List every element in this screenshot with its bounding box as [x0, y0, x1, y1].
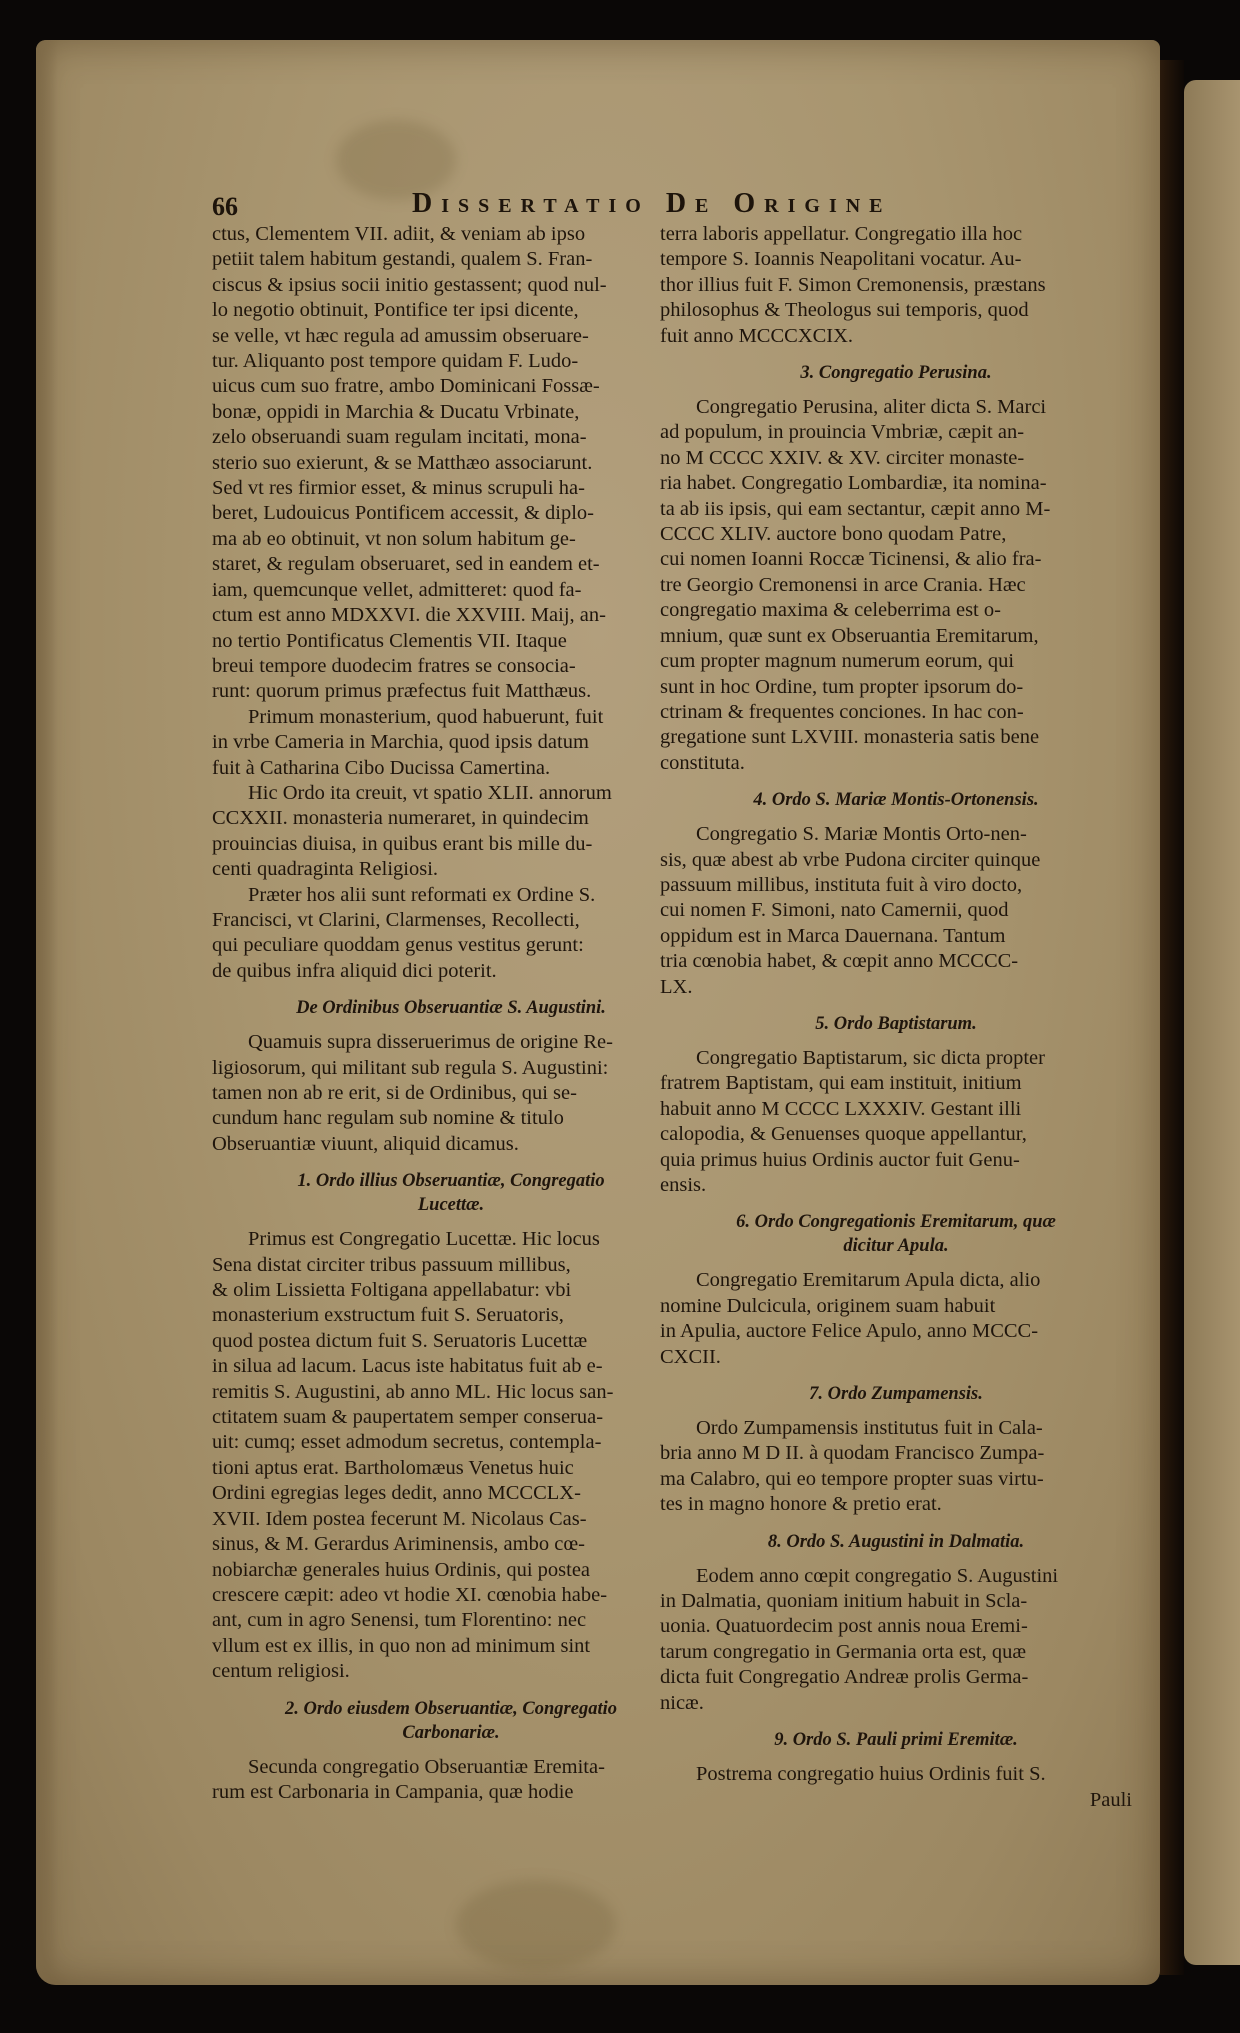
text-line: Eodem anno cœpit congregatio S. Augustin… — [660, 1564, 1132, 1589]
text-line: in vrbe Cameria in Marchia, quod ipsis d… — [212, 730, 690, 755]
text-line: ma Calabro, qui eo tempore propter suas … — [660, 1467, 1132, 1492]
text-line: calopodia, & Genuenses quoque appellantu… — [660, 1122, 1132, 1147]
text-line: Congregatio Perusina, aliter dicta S. Ma… — [660, 395, 1132, 420]
text-line: petiit talem habitum gestandi, qualem S.… — [212, 247, 690, 272]
text-line: Hic Ordo ita creuit, vt spatio XLII. ann… — [212, 781, 690, 806]
text-line: cui nomen Ioanni Roccæ Ticinensi, & alio… — [660, 547, 1132, 572]
text-line: tioni aptus erat. Bartholomæus Venetus h… — [212, 1456, 690, 1481]
text-line: Quamuis supra disseruerimus de origine R… — [212, 1030, 690, 1055]
text-line: cundum hanc regulam sub nomine & titulo — [212, 1106, 690, 1131]
right-column: terra laboris appellatur. Congregatio il… — [660, 222, 1132, 1813]
section-heading-3: 3. Congregatio Perusina. — [660, 361, 1132, 385]
text-line: cui nomen F. Simoni, nato Camernii, quod — [660, 898, 1132, 923]
text-line: Ordini egregias leges dedit, anno MCCCLX… — [212, 1481, 690, 1506]
text-line: ligiosorum, qui militant sub regula S. A… — [212, 1056, 690, 1081]
paragraph: Primum monasterium, quod habuerunt, fuit… — [212, 705, 690, 781]
text-line: tarum congregatio in Germania orta est, … — [660, 1640, 1132, 1665]
text-line: Sed vt res firmior esset, & minus scrupu… — [212, 476, 690, 501]
text-line: Ordo Zumpamensis institutus fuit in Cala… — [660, 1416, 1132, 1441]
text-line: Francisci, vt Clarini, Clarmenses, Recol… — [212, 908, 690, 933]
text-line: bonæ, oppidi in Marchia & Ducatu Vrbinat… — [212, 400, 690, 425]
text-line: Postrema congregatio huius Ordinis fuit … — [660, 1762, 1132, 1787]
text-line: passuum millibus, instituta fuit à viro … — [660, 873, 1132, 898]
heading-line: Lucettæ. — [212, 1193, 690, 1217]
text-line: ctum est anno MDXXVI. die XXVIII. Maij, … — [212, 603, 690, 628]
text-line: vllum est ex illis, in quo non ad minimu… — [212, 1634, 690, 1659]
section-heading-2: 2. Ordo eiusdem Obseruantiæ, Congregatio… — [212, 1697, 690, 1745]
text-line: qui peculiare quoddam genus vestitus ger… — [212, 933, 690, 958]
text-line: Præter hos alii sunt reformati ex Ordine… — [212, 883, 690, 908]
text-line: CXCII. — [660, 1345, 1132, 1370]
text-line: no M CCCC XXIV. & XV. circiter monaste- — [660, 446, 1132, 471]
text-line: staret, & regulam obseruaret, sed in ean… — [212, 552, 690, 577]
page-header: 66 Dissertatio De Origine — [212, 188, 1132, 224]
text-line: tes in magno honore & pretio erat. — [660, 1492, 1132, 1517]
text-line: Primum monasterium, quod habuerunt, fuit — [212, 705, 690, 730]
text-line: tur. Aliquanto post tempore quidam F. Lu… — [212, 349, 690, 374]
text-line: uonia. Quatuordecim post annis noua Erem… — [660, 1614, 1132, 1639]
text-line: quod postea dictum fuit S. Seruatoris Lu… — [212, 1329, 690, 1354]
heading-line: 2. Ordo eiusdem Obseruantiæ, Congregatio — [212, 1697, 690, 1721]
text-line: nobiarchæ generales huius Ordinis, qui p… — [212, 1558, 690, 1583]
text-line: runt: quorum primus præfectus fuit Matth… — [212, 679, 690, 704]
catchword: Pauli — [660, 1788, 1132, 1813]
text-line: XVII. Idem postea fecerunt M. Nicolaus C… — [212, 1507, 690, 1532]
text-line: no tertio Pontificatus Clementis VII. It… — [212, 629, 690, 654]
text-line: fuit à Catharina Cibo Ducissa Camertina. — [212, 756, 690, 781]
text-line: uit: cumq; esset admodum secretus, conte… — [212, 1430, 690, 1455]
text-line: zelo obseruandi suam regulam incitati, m… — [212, 425, 690, 450]
text-line: Congregatio Eremitarum Apula dicta, alio — [660, 1268, 1132, 1293]
text-line: rum est Carbonaria in Campania, quæ hodi… — [212, 1780, 690, 1805]
text-line: sunt in hoc Ordine, tum propter ipsorum … — [660, 675, 1132, 700]
paragraph: Hic Ordo ita creuit, vt spatio XLII. ann… — [212, 781, 690, 883]
text-line: crescere cæpit: adeo vt hodie XI. cœnobi… — [212, 1583, 690, 1608]
text-line: Secunda congregatio Obseruantiæ Eremita- — [212, 1755, 690, 1780]
text-line: centum religiosi. — [212, 1659, 690, 1684]
section-heading-7: 7. Ordo Zumpamensis. — [660, 1382, 1132, 1406]
paragraph: Quamuis supra disseruerimus de origine R… — [212, 1030, 690, 1157]
paragraph: Primus est Congregatio Lucettæ. Hic locu… — [212, 1227, 690, 1684]
text-line: ta ab iis ipsis, qui eam sectantur, cæpi… — [660, 497, 1132, 522]
text-line: de quibus infra aliquid dici poterit. — [212, 959, 690, 984]
text-line: lo negotio obtinuit, Pontifice ter ipsi … — [212, 298, 690, 323]
paragraph: Eodem anno cœpit congregatio S. Augustin… — [660, 1564, 1132, 1716]
text-line: & olim Lissietta Foltigana appellabatur:… — [212, 1278, 690, 1303]
text-line: cum propter magnum numerum eorum, qui — [660, 649, 1132, 674]
text-line: se velle, vt hæc regula ad amussim obser… — [212, 324, 690, 349]
paper-stain — [456, 1880, 616, 1970]
text-line: ma ab eo obtinuit, vt non solum habitum … — [212, 527, 690, 552]
section-heading-6: 6. Ordo Congregationis Eremitarum, quæ d… — [660, 1210, 1132, 1258]
heading-line: Carbonariæ. — [212, 1721, 690, 1745]
paragraph: Ordo Zumpamensis institutus fuit in Cala… — [660, 1416, 1132, 1518]
text-line: ria habet. Congregatio Lombardiæ, ita no… — [660, 471, 1132, 496]
paragraph: Congregatio Perusina, aliter dicta S. Ma… — [660, 395, 1132, 776]
running-title: Dissertatio De Origine — [412, 188, 892, 220]
section-heading-1: 1. Ordo illius Obseruantiæ, Congregatio … — [212, 1169, 690, 1217]
paragraph: Præter hos alii sunt reformati ex Ordine… — [212, 883, 690, 985]
heading-line: dicitur Apula. — [660, 1234, 1132, 1258]
text-line: habuit anno M CCCC LXXXIV. Gestant illi — [660, 1097, 1132, 1122]
paragraph: Congregatio S. Mariæ Montis Orto-nen- si… — [660, 822, 1132, 1000]
text-line: quia primus huius Ordinis auctor fuit Ge… — [660, 1148, 1132, 1173]
text-line: constituta. — [660, 751, 1132, 776]
text-line: fratrem Baptistam, qui eam instituit, in… — [660, 1071, 1132, 1096]
text-line: oppidum est in Marca Dauernana. Tantum — [660, 924, 1132, 949]
text-line: ctitatem suam & paupertatem semper conse… — [212, 1405, 690, 1430]
section-heading: De Ordinibus Obseruantiæ S. Augustini. — [212, 996, 690, 1020]
text-line: Congregatio Baptistarum, sic dicta propt… — [660, 1046, 1132, 1071]
paragraph: ctus, Clementem VII. adiit, & veniam ab … — [212, 222, 690, 705]
text-line: mnium, quæ sunt ex Obseruantia Eremitaru… — [660, 624, 1132, 649]
text-line: CCCC XLIV. auctore bono quodam Patre, — [660, 522, 1132, 547]
text-line: fuit anno MCCCXCIX. — [660, 324, 1132, 349]
text-line: monasterium exstructum fuit S. Seruatori… — [212, 1303, 690, 1328]
text-line: tamen non ab re erit, si de Ordinibus, q… — [212, 1081, 690, 1106]
text-line: uicus cum suo fratre, ambo Dominicani Fo… — [212, 374, 690, 399]
text-line: LX. — [660, 975, 1132, 1000]
left-column: ctus, Clementem VII. adiit, & veniam ab … — [212, 222, 690, 1805]
text-line: prouincias diuisa, in quibus erant bis m… — [212, 832, 690, 857]
book-gutter-shadow — [1160, 60, 1184, 1975]
text-line: ciscus & ipsius socii initio gestassent;… — [212, 273, 690, 298]
text-line: sis, quæ abest ab vrbe Pudona circiter q… — [660, 848, 1132, 873]
heading-line: 6. Ordo Congregationis Eremitarum, quæ — [660, 1210, 1132, 1234]
page-number: 66 — [212, 192, 238, 222]
text-line: centi quadraginta Religiosi. — [212, 857, 690, 882]
text-line: ensis. — [660, 1173, 1132, 1198]
text-line: CCXXII. monasteria numeraret, in quindec… — [212, 806, 690, 831]
text-line: breui tempore duodecim fratres se consoc… — [212, 654, 690, 679]
paragraph: Congregatio Eremitarum Apula dicta, alio… — [660, 1268, 1132, 1370]
heading-line: 1. Ordo illius Obseruantiæ, Congregatio — [212, 1169, 690, 1193]
text-line: philosophus & Theologus sui temporis, qu… — [660, 298, 1132, 323]
text-line: tempore S. Ioannis Neapolitani vocatur. … — [660, 247, 1132, 272]
section-heading-8: 8. Ordo S. Augustini in Dalmatia. — [660, 1530, 1132, 1554]
text-line: Congregatio S. Mariæ Montis Orto-nen- — [660, 822, 1132, 847]
paragraph: terra laboris appellatur. Congregatio il… — [660, 222, 1132, 349]
text-line: beret, Ludouicus Pontificem accessit, & … — [212, 501, 690, 526]
text-line: in Dalmatia, quoniam initium habuit in S… — [660, 1589, 1132, 1614]
text-line: thor illius fuit F. Simon Cremonensis, p… — [660, 273, 1132, 298]
text-line: gregatione sunt LXVIII. monasteria satis… — [660, 725, 1132, 750]
text-line: ant, cum in agro Senensi, tum Florentino… — [212, 1608, 690, 1633]
text-line: ad populum, in prouincia Vmbriæ, cæpit a… — [660, 420, 1132, 445]
text-line: bria anno M D II. à quodam Francisco Zum… — [660, 1441, 1132, 1466]
text-line: Sena distat circiter tribus passuum mill… — [212, 1253, 690, 1278]
text-line: in Apulia, auctore Felice Apulo, anno MC… — [660, 1319, 1132, 1344]
text-line: tre Georgio Cremonensi in arce Crania. H… — [660, 573, 1132, 598]
section-heading-4: 4. Ordo S. Mariæ Montis-Ortonensis. — [660, 788, 1132, 812]
text-line: Obseruantiæ viuunt, aliquid dicamus. — [212, 1132, 690, 1157]
section-heading-9: 9. Ordo S. Pauli primi Eremitæ. — [660, 1728, 1132, 1752]
text-line: iam, quemcunque vellet, admitteret: quod… — [212, 578, 690, 603]
facing-page-edge — [1184, 80, 1240, 1965]
paragraph: Congregatio Baptistarum, sic dicta propt… — [660, 1046, 1132, 1198]
text-line: nomine Dulcicula, originem suam habuit — [660, 1294, 1132, 1319]
text-line: sinus, & M. Gerardus Ariminensis, ambo c… — [212, 1532, 690, 1557]
text-line: dicta fuit Congregatio Andreæ prolis Ger… — [660, 1665, 1132, 1690]
text-line: tria cœnobia habet, & cœpit anno MCCCC- — [660, 949, 1132, 974]
paragraph: Postrema congregatio huius Ordinis fuit … — [660, 1762, 1132, 1813]
text-line: nicæ. — [660, 1691, 1132, 1716]
text-line: remitis S. Augustini, ab anno ML. Hic lo… — [212, 1380, 690, 1405]
text-line: terra laboris appellatur. Congregatio il… — [660, 222, 1132, 247]
text-line: sterio suo exierunt, & se Matthæo associ… — [212, 451, 690, 476]
text-line: Primus est Congregatio Lucettæ. Hic locu… — [212, 1227, 690, 1252]
paragraph: Secunda congregatio Obseruantiæ Eremita-… — [212, 1755, 690, 1806]
text-line: in silua ad lacum. Lacus iste habitatus … — [212, 1354, 690, 1379]
text-line: congregatio maxima & celeberrima est o- — [660, 598, 1132, 623]
text-line: ctrinam & frequentes conciones. In hac c… — [660, 700, 1132, 725]
section-heading-5: 5. Ordo Baptistarum. — [660, 1012, 1132, 1036]
text-line: ctus, Clementem VII. adiit, & veniam ab … — [212, 222, 690, 247]
